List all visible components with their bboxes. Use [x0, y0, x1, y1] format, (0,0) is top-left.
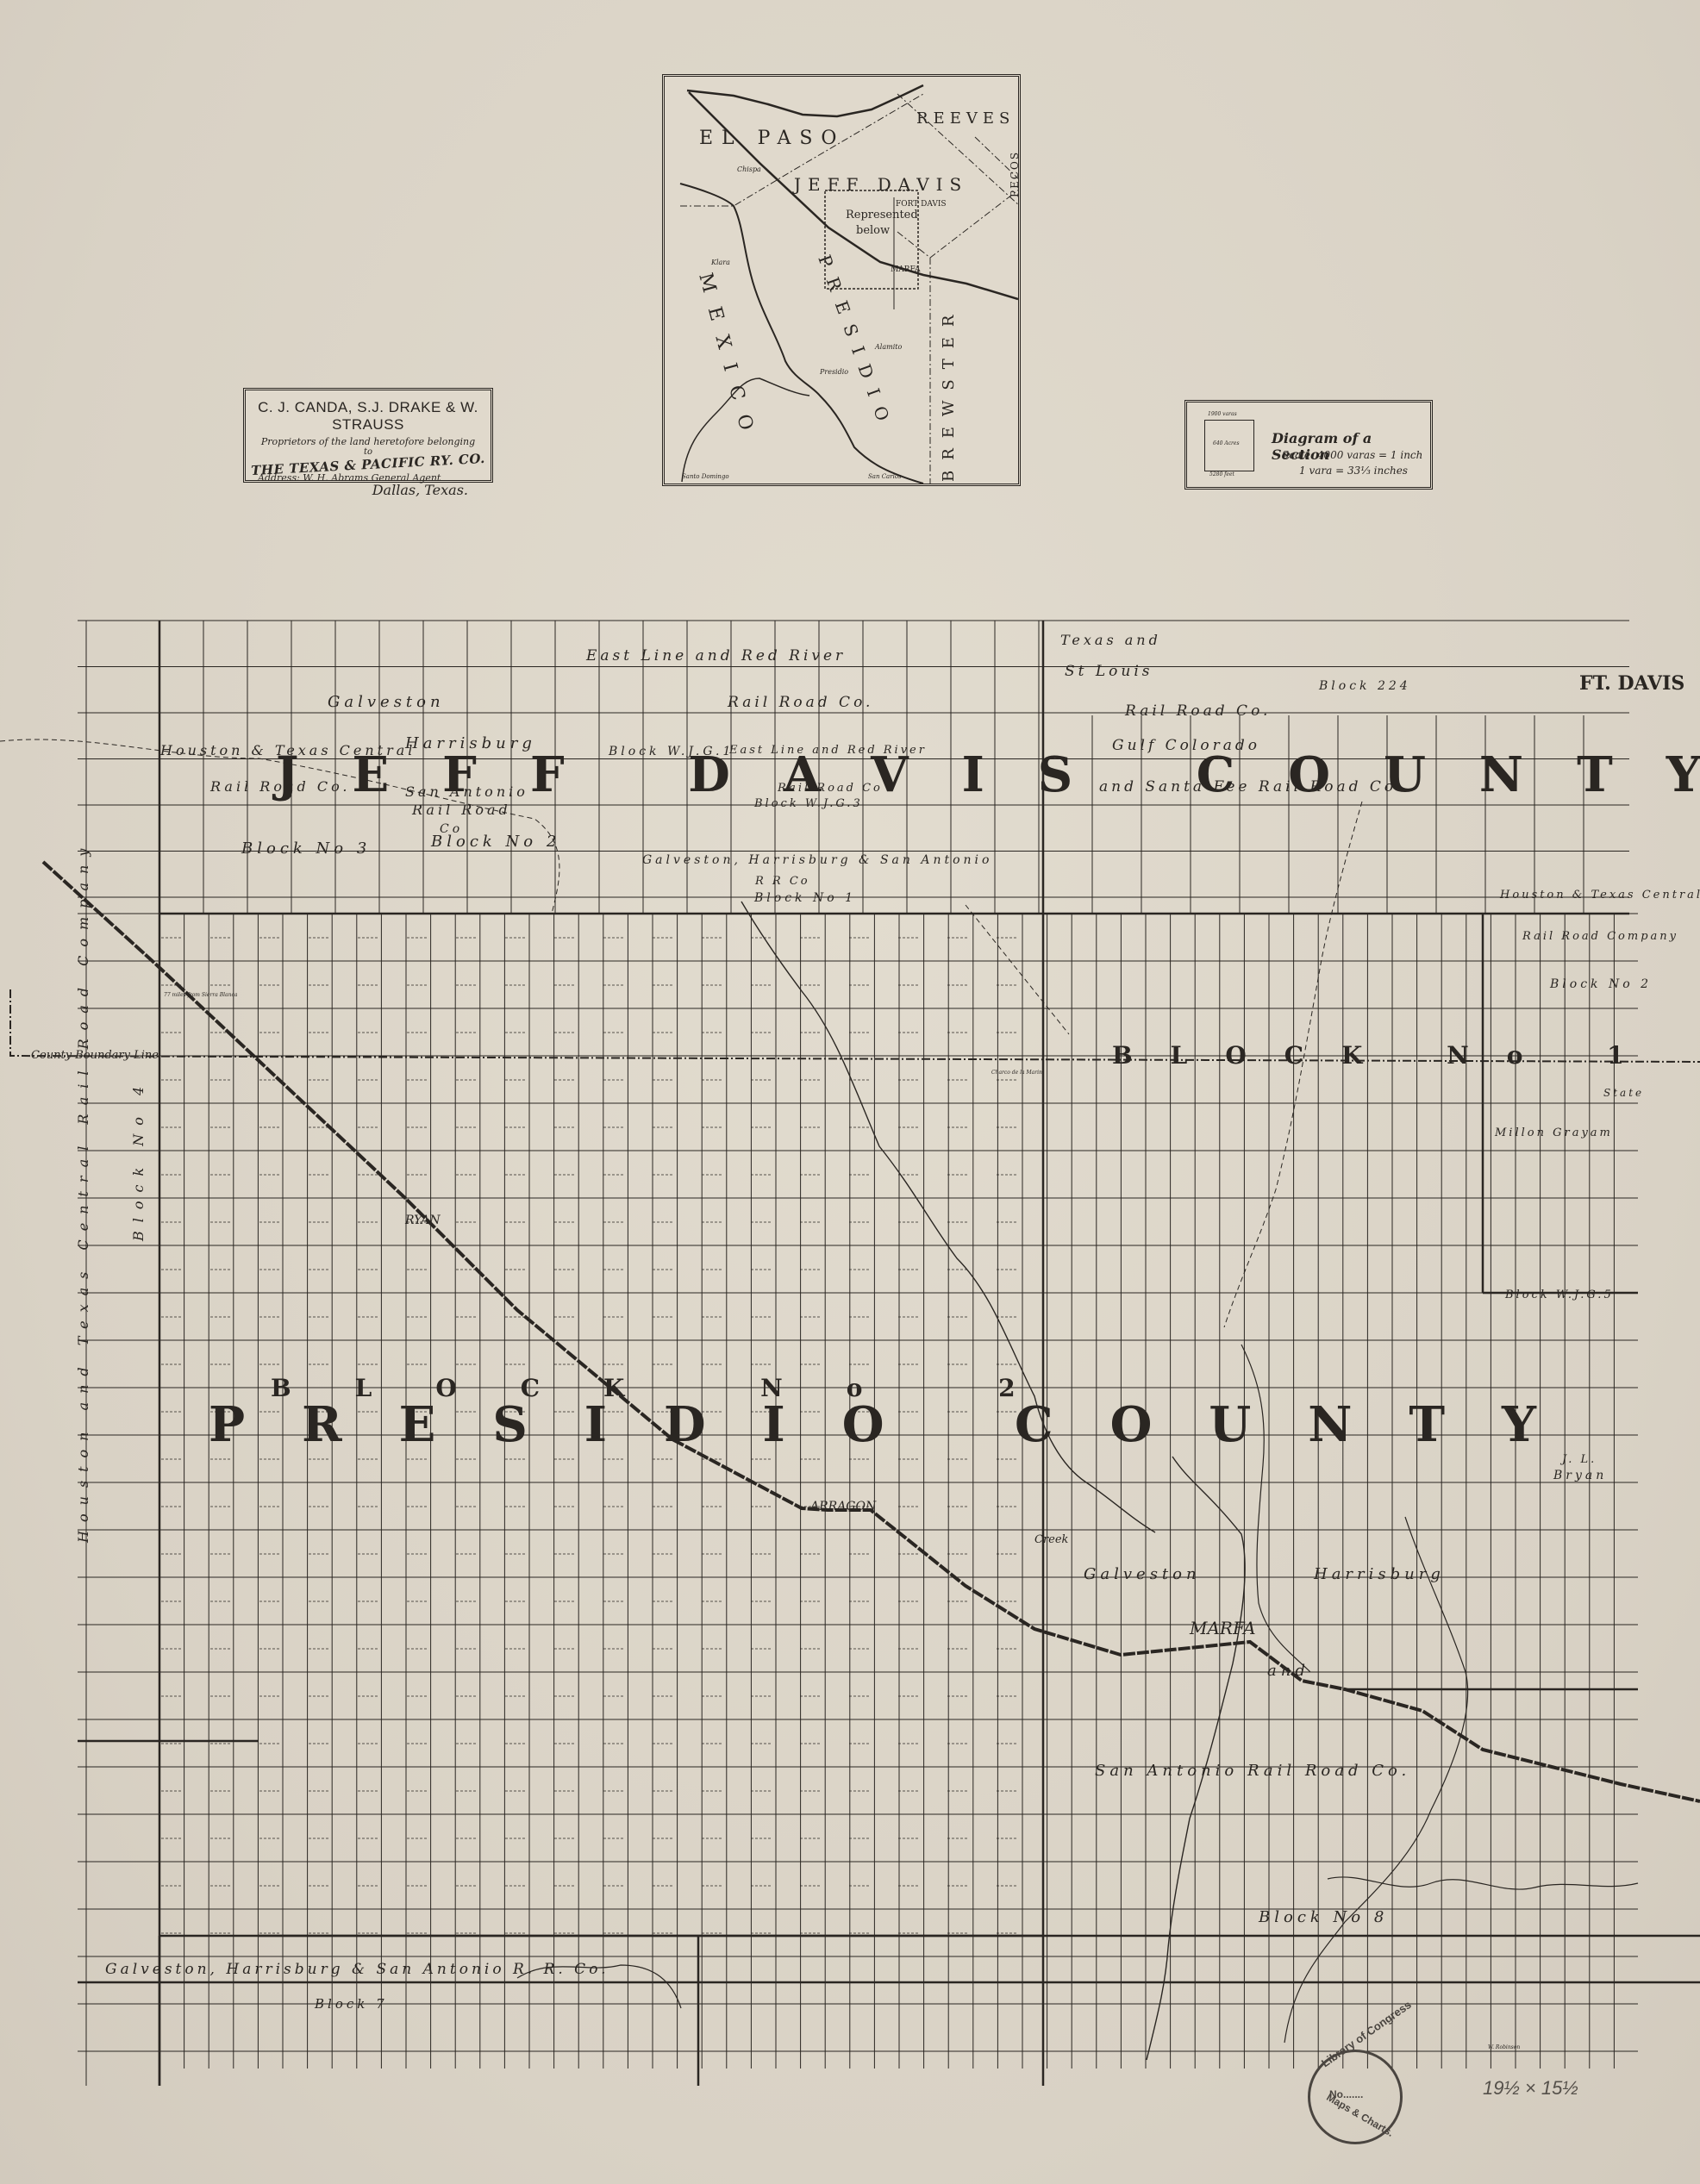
miles-from-label: 77 miles from Sierra Blanca	[164, 992, 238, 998]
land-label: Block W.J.G.3	[753, 797, 863, 810]
land-label: Texas and	[1060, 632, 1161, 648]
land-label: Rail Road Company	[1522, 930, 1678, 943]
land-label: Galveston	[1084, 1565, 1201, 1583]
land-label: Rail Road Co.	[727, 694, 873, 711]
engraver-signature: W. Robinson	[1488, 2044, 1520, 2050]
land-label: Houston & Texas Central	[159, 742, 416, 758]
land-label: Millon Grayam	[1494, 1126, 1613, 1139]
land-label: Galveston, Harrisburg & San Antonio R. R…	[105, 1961, 609, 1978]
land-grant-labels: GalvestonHarrisburgHouston & Texas Centr…	[105, 632, 1700, 2012]
land-label: San Antonio Rail Road Co.	[1095, 1762, 1410, 1780]
land-label: Block No 2	[1549, 977, 1652, 991]
land-label: Block 7	[314, 1996, 388, 2012]
land-label: Rail Road Co.	[209, 778, 351, 795]
pencil-dimensions-note: 19½ × 15½	[1483, 2077, 1578, 2100]
land-label: Galveston, Harrisburg & San Antonio	[642, 853, 992, 867]
creek-southeast	[1284, 1517, 1468, 2043]
land-label: Block No 2	[430, 833, 560, 851]
library-of-congress-stamp: Library of Congress No....... Maps & Cha…	[1308, 2050, 1403, 2144]
land-label: San Antonio	[405, 783, 528, 800]
county-boundary-label: County Boundary Line	[31, 1049, 159, 1062]
land-label: Block No 3	[241, 839, 371, 858]
alamito-creek	[1147, 1457, 1245, 2060]
vertical-land-label: Houston and Texas Central Rail Road Comp…	[75, 840, 91, 1544]
block-2-heading: BLOCK No 2	[271, 1374, 1079, 1402]
land-label: Gulf Colorado	[1112, 737, 1260, 754]
land-label: Houston & Texas Central	[1499, 889, 1700, 902]
town-arragon: ARRAGON	[809, 1500, 877, 1513]
land-label: East Line and Red River	[728, 744, 927, 757]
land-label: Bryan	[1553, 1469, 1607, 1482]
land-label: J. L.	[1559, 1453, 1597, 1466]
railroad-line	[43, 862, 1700, 1801]
land-label: St Louis	[1065, 663, 1153, 680]
land-label: East Line and Red River	[585, 647, 846, 665]
land-label: R R Co	[754, 875, 810, 888]
land-label: Galveston	[328, 693, 445, 711]
land-label: Block W.J.G.1	[608, 745, 734, 758]
creek-label: Creek	[1034, 1533, 1069, 1546]
land-label: and	[1267, 1662, 1309, 1680]
town-marfa: MARFA	[1189, 1618, 1256, 1638]
land-label: Block No 8	[1258, 1908, 1388, 1926]
land-label: Rail Road	[411, 802, 511, 818]
county-title-presidio: PRESIDIO COUNTY	[209, 1396, 1593, 1453]
land-label: Harrisburg	[404, 734, 536, 752]
land-label: and Santa Fee Rail Road Co.	[1099, 778, 1404, 796]
town-fort-davis: FT. DAVIS	[1579, 672, 1684, 695]
road-dashed-2	[966, 905, 1069, 1034]
creek-east	[1328, 1877, 1638, 1889]
land-label: Block 224	[1318, 679, 1411, 693]
charco-label: Charco de la Marin	[991, 1070, 1042, 1076]
vertical-land-label: Block No 4	[130, 1078, 147, 1242]
land-label: Block W.J.G.5	[1504, 1289, 1614, 1301]
land-label: Rail Road Co.	[1124, 702, 1271, 720]
town-ryan: RYAN	[404, 1214, 441, 1227]
block-1-heading: BLOCK No 1	[1112, 1041, 1662, 1070]
land-label: Block No 1	[753, 891, 856, 905]
survey-map: JEFF DAVIS COUNTY PRESIDIO COUNTY BLOCK …	[0, 0, 1700, 2184]
land-label: State	[1603, 1087, 1644, 1099]
land-label: Harrisburg	[1313, 1565, 1445, 1583]
land-label: Rail Road Co	[777, 782, 883, 795]
